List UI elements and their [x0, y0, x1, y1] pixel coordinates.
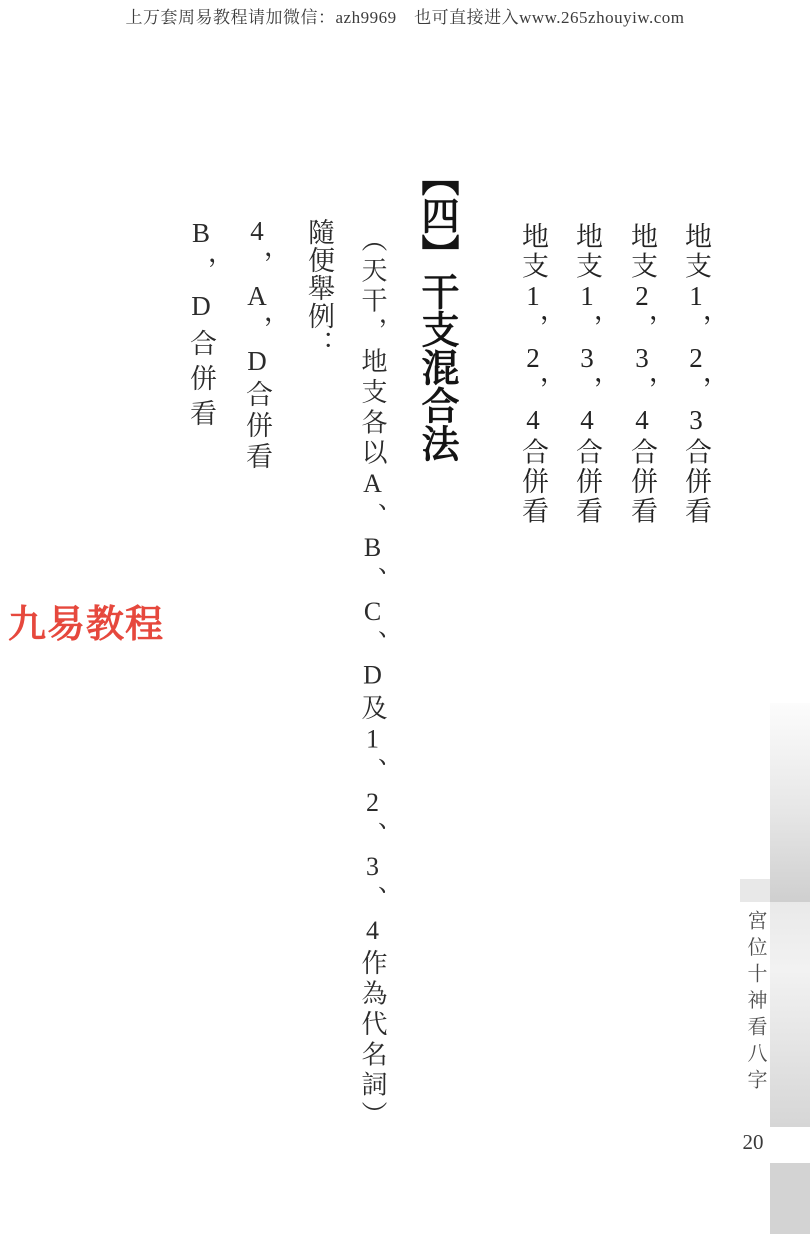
scan-shadow-bottom: [770, 1163, 810, 1234]
note-column: （天干，地支各以A、B、C、D及1、2、3、4作為代名詞）: [359, 226, 385, 1132]
dizhi-line-3: 地支1，3，4合併看: [573, 222, 600, 526]
dizhi-line-4: 地支1，2，4合併看: [519, 222, 546, 526]
dizhi-line-1: 地支1，2，3合併看: [682, 222, 709, 526]
section-title: 【四】干支混合法: [417, 158, 455, 462]
scan-shadow-middle: [770, 902, 810, 1127]
scan-shadow-top: [770, 703, 810, 902]
sidebar-book-title: 宮位十神看八字: [745, 910, 765, 1096]
page-number: 20: [738, 1130, 768, 1155]
dizhi-line-2: 地支2，3，4合併看: [628, 222, 655, 526]
watermark-text: 九易教程: [8, 593, 164, 648]
example-label: 隨便舉例：: [305, 218, 332, 358]
example-line-1: 4，A，D合併看: [243, 216, 270, 473]
scanned-book-page: 上万套周易教程请加微信：azh9969 也可直接进入www.265zhouyiw…: [0, 0, 810, 1234]
example-line-2: B，D合併看: [187, 218, 214, 434]
scan-shadow-square: [740, 879, 770, 902]
promo-banner-text: 上万套周易教程请加微信：azh9969 也可直接进入www.265zhouyiw…: [0, 3, 810, 28]
